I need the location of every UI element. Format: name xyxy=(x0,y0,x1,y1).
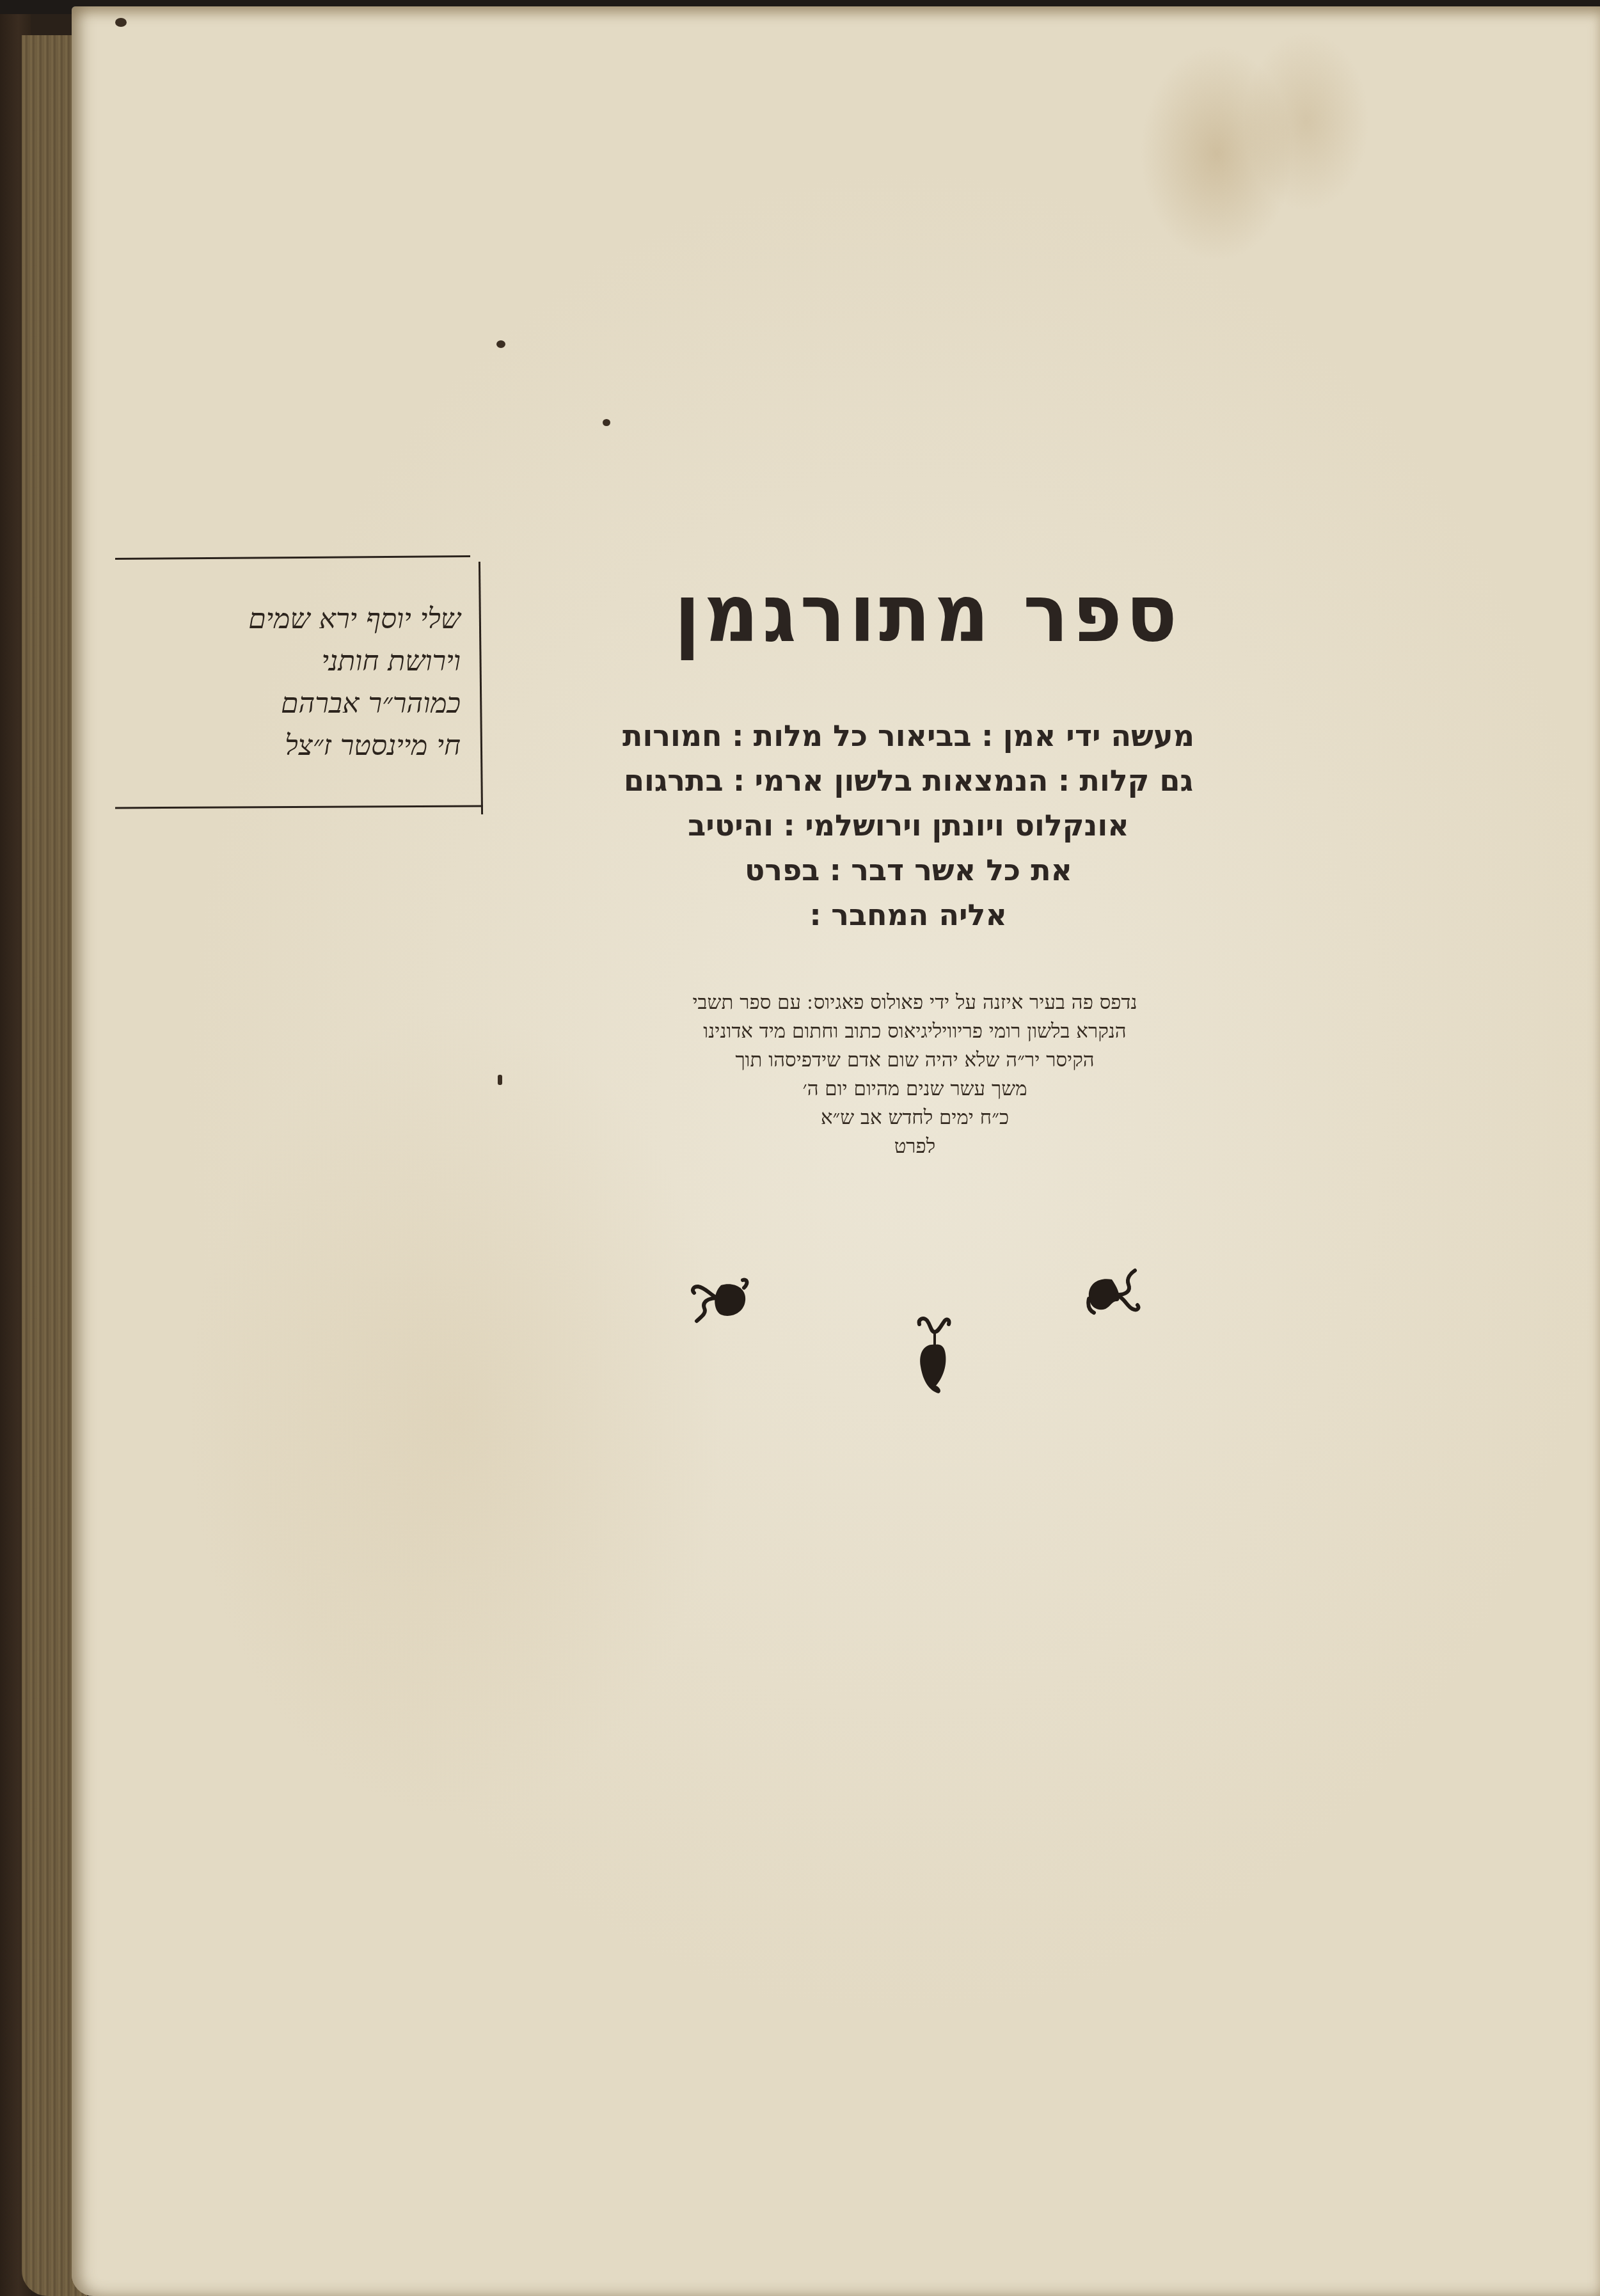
book-title: ספר מתורגמן xyxy=(640,574,1216,653)
description-line: את כל אשר דבר ׃ בפרט xyxy=(557,848,1260,892)
title-description: מעשה ידי אמן ׃ בביאור כל מלות ׃ חמורות ג… xyxy=(557,713,1260,937)
imprint-line: לפרט xyxy=(589,1132,1241,1161)
inscription-rule-right xyxy=(479,562,483,814)
description-line: אונקלוס ויונתן וירושלמי ׃ והיטיב xyxy=(557,803,1260,848)
imprint-line: הנקרא בלשון רומי פריוויליגיאוס כתוב וחתו… xyxy=(589,1017,1241,1046)
imprint-line: משך עשר שנים מהיום יום ה׳ xyxy=(589,1075,1241,1104)
fleuron-center-icon xyxy=(912,1311,956,1401)
inscription-line: כמוהר״ר אברהם xyxy=(128,683,461,725)
inscription-line: חי מיינסטר ז״צל xyxy=(128,725,461,767)
description-line: גם קלות ׃ הנמצאות בלשון ארמי ׃ בתרגום xyxy=(557,758,1260,803)
inscription-text: שלי יוסף ירא שמים וירושת חותני כמוהר״ר א… xyxy=(128,598,461,767)
imprint-line: כ״ח ימים לחדש אב ש״א xyxy=(589,1104,1241,1132)
imprint-block: נדפס פה בעיר איזנה על ידי פאולוס פאגיוס … xyxy=(589,988,1241,1161)
inscription-rule-bottom xyxy=(115,805,483,809)
ink-spot xyxy=(115,18,127,27)
description-line: מעשה ידי אמן ׃ בביאור כל מלות ׃ חמורות xyxy=(557,713,1260,758)
ownership-inscription: שלי יוסף ירא שמים וירושת חותני כמוהר״ר א… xyxy=(115,544,486,816)
author-line: אליה המחבר ׃ xyxy=(557,892,1260,937)
ink-spot xyxy=(603,419,610,426)
inscription-line: שלי יוסף ירא שמים xyxy=(128,598,461,640)
imprint-line: נדפס פה בעיר איזנה על ידי פאולוס פאגיוס … xyxy=(589,988,1241,1017)
imprint-line: הקיסר יר״ה שלא יהיה שום אדם שידפיסהו תוך xyxy=(589,1046,1241,1075)
inscription-rule-top xyxy=(115,555,470,560)
ink-spot xyxy=(498,1075,502,1085)
fleuron-left-icon xyxy=(688,1276,752,1327)
inscription-line: וירושת חותני xyxy=(128,640,461,683)
ink-spot xyxy=(496,340,505,348)
fleuron-right-icon xyxy=(1081,1267,1145,1324)
